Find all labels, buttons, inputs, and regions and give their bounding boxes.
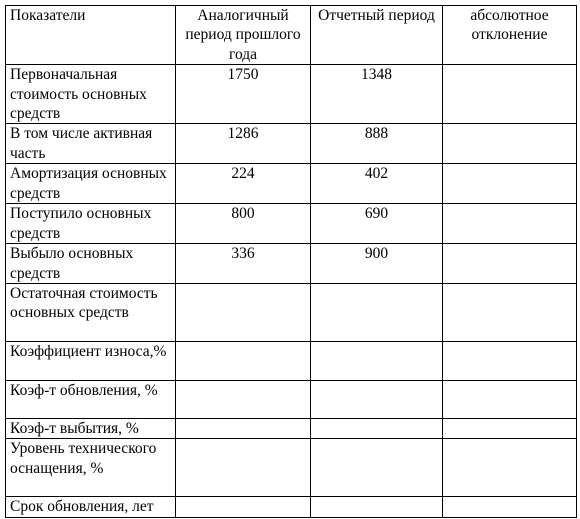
header-absolute-deviation: абсолютное отклонение [443,6,577,65]
absolute-deviation-value [443,497,577,517]
absolute-deviation-value [443,244,577,284]
table-row: Коэф-т обновления, % [6,381,577,419]
absolute-deviation-value [443,204,577,244]
absolute-deviation-value [443,381,577,419]
header-current-period: Отчетный период [311,6,443,65]
row-label: Коэф-т обновления, % [6,381,176,419]
prev-period-value: 1286 [176,124,311,164]
current-period-value: 1348 [311,65,443,124]
current-period-value: 888 [311,124,443,164]
header-row: Показатели Аналогичный период прошлого г… [6,6,577,65]
absolute-deviation-value [443,342,577,381]
row-label: Первоначальная стоимость основных средст… [6,65,176,124]
prev-period-value: 1750 [176,65,311,124]
indicators-table: Показатели Аналогичный период прошлого г… [5,5,577,518]
current-period-value [311,284,443,342]
table-row: Поступило основных средств800690 [6,204,577,244]
prev-period-value: 800 [176,204,311,244]
row-label: Амортизация основных средств [6,164,176,204]
table-row: Первоначальная стоимость основных средст… [6,65,577,124]
prev-period-value [176,497,311,517]
row-label: Остаточная стоимость основных средств [6,284,176,342]
current-period-value: 690 [311,204,443,244]
absolute-deviation-value [443,284,577,342]
row-label: Уровень технического оснащения, % [6,439,176,497]
row-label: Коэф-т выбытия, % [6,419,176,439]
row-label: Поступило основных средств [6,204,176,244]
table-row: Коэф-т выбытия, % [6,419,577,439]
current-period-value [311,381,443,419]
current-period-value: 402 [311,164,443,204]
prev-period-value [176,419,311,439]
table-row: Амортизация основных средств224402 [6,164,577,204]
table-row: Уровень технического оснащения, % [6,439,577,497]
prev-period-value [176,381,311,419]
prev-period-value: 224 [176,164,311,204]
current-period-value [311,439,443,497]
row-label: Выбыло основных средств [6,244,176,284]
table-row: Коэффициент износа,% [6,342,577,381]
table-row: В том числе активная часть1286888 [6,124,577,164]
current-period-value: 900 [311,244,443,284]
row-label: Коэффициент износа,% [6,342,176,381]
header-prev-period: Аналогичный период прошлого года [176,6,311,65]
absolute-deviation-value [443,124,577,164]
row-label: В том числе активная часть [6,124,176,164]
prev-period-value [176,439,311,497]
prev-period-value [176,284,311,342]
prev-period-value [176,342,311,381]
row-label: Срок обновления, лет [6,497,176,517]
current-period-value [311,342,443,381]
table-row: Остаточная стоимость основных средств [6,284,577,342]
table-row: Выбыло основных средств336900 [6,244,577,284]
absolute-deviation-value [443,164,577,204]
header-indicators: Показатели [6,6,176,65]
absolute-deviation-value [443,419,577,439]
current-period-value [311,497,443,517]
prev-period-value: 336 [176,244,311,284]
table-row: Срок обновления, лет [6,497,577,517]
current-period-value [311,419,443,439]
absolute-deviation-value [443,65,577,124]
absolute-deviation-value [443,439,577,497]
